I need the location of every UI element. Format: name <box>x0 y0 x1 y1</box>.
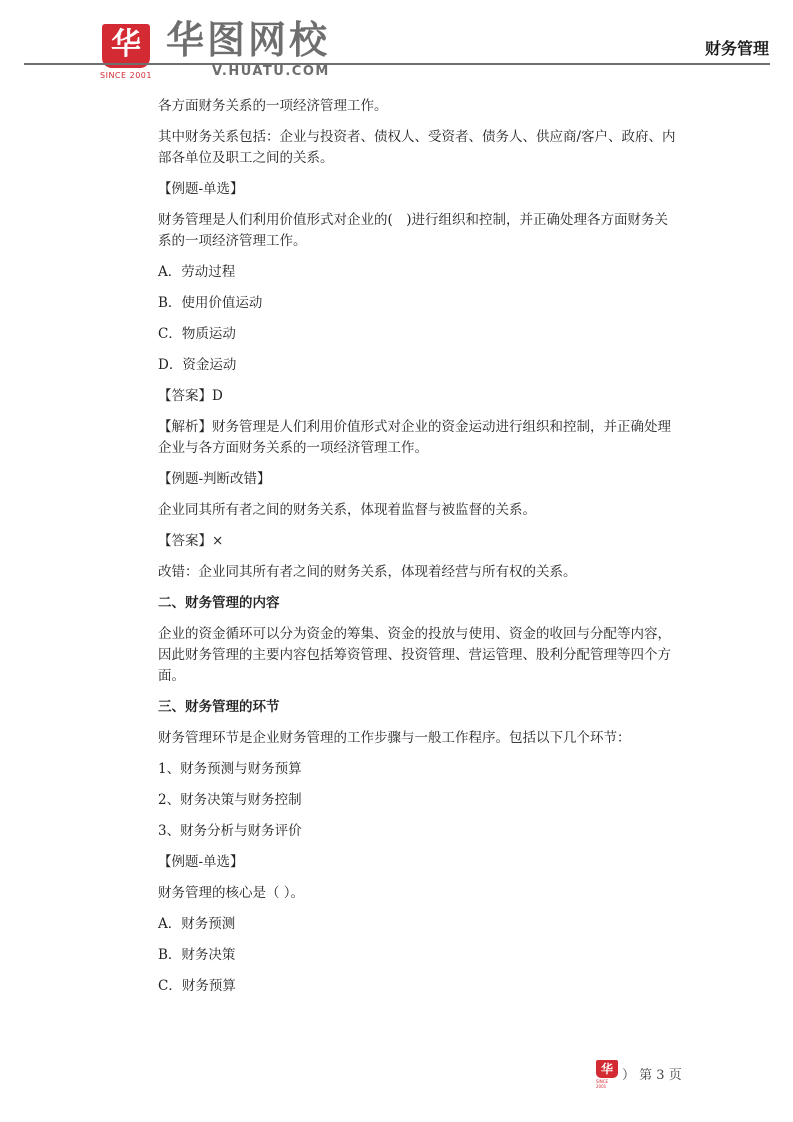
paragraph: B．财务决策 <box>158 945 678 966</box>
paragraph: 1、财务预测与财务预算 <box>158 759 678 780</box>
logo-url: V.HUATU.COM <box>212 64 330 79</box>
logo-glyph: 华 <box>102 26 150 64</box>
footer-since-text: SINCE 2001 <box>596 1079 608 1089</box>
footer-bracket: ） <box>622 1068 635 1083</box>
paragraph: A．劳动过程 <box>158 262 678 283</box>
paragraph: C．物质运动 <box>158 324 678 345</box>
paragraph: A．财务预测 <box>158 914 678 935</box>
logo-brand-name: 华图网校 <box>166 18 330 62</box>
huatu-logo-icon: 华 <box>102 24 150 68</box>
logo-since-text: SINCE 2001 <box>100 71 152 80</box>
footer-logo-icon: 华 <box>596 1060 618 1078</box>
section-title: 财务管理 <box>705 36 769 59</box>
paragraph: 3、财务分析与财务评价 <box>158 821 678 842</box>
paragraph: 【例题-单选】 <box>158 852 678 873</box>
page-label: 第 3 页 <box>639 1068 682 1083</box>
section-heading: 二、财务管理的内容 <box>158 593 678 614</box>
paragraph: 【例题-单选】 <box>158 179 678 200</box>
paragraph: 改错：企业同其所有者之间的财务关系，体现着经营与所有权的关系。 <box>158 562 678 583</box>
paragraph: D．资金运动 <box>158 355 678 376</box>
paragraph: 【答案】D <box>158 386 678 407</box>
paragraph: 各方面财务关系的一项经济管理工作。 <box>158 96 678 117</box>
paragraph: B．使用价值运动 <box>158 293 678 314</box>
paragraph: 2、财务决策与财务控制 <box>158 790 678 811</box>
paragraph: 财务管理环节是企业财务管理的工作步骤与一般工作程序。包括以下几个环节： <box>158 728 678 749</box>
page-number: ） 第 3 页 <box>622 1064 682 1083</box>
paragraph: 财务管理的核心是（ ）。 <box>158 883 678 904</box>
paragraph: 企业的资金循环可以分为资金的筹集、资金的投放与使用、资金的收回与分配等内容，因此… <box>158 624 678 687</box>
page-header: 华 SINCE 2001 华图网校 V.HUATU.COM 财务管理 <box>0 0 793 90</box>
paragraph: 【解析】财务管理是人们利用价值形式对企业的资金运动进行组织和控制，并正确处理企业… <box>158 417 678 459</box>
paragraph: 【答案】× <box>158 531 678 552</box>
header-divider <box>24 63 770 65</box>
paragraph: 【例题-判断改错】 <box>158 469 678 490</box>
document-body: 各方面财务关系的一项经济管理工作。其中财务关系包括：企业与投资者、债权人、受资者… <box>158 96 678 1007</box>
paragraph: 其中财务关系包括：企业与投资者、债权人、受资者、债务人、供应商/客户、政府、内部… <box>158 127 678 169</box>
section-heading: 三、财务管理的环节 <box>158 697 678 718</box>
paragraph: 财务管理是人们利用价值形式对企业的( )进行组织和控制，并正确处理各方面财务关系… <box>158 210 678 252</box>
paragraph: 企业同其所有者之间的财务关系，体现着监督与被监督的关系。 <box>158 500 678 521</box>
paragraph: C．财务预算 <box>158 976 678 997</box>
